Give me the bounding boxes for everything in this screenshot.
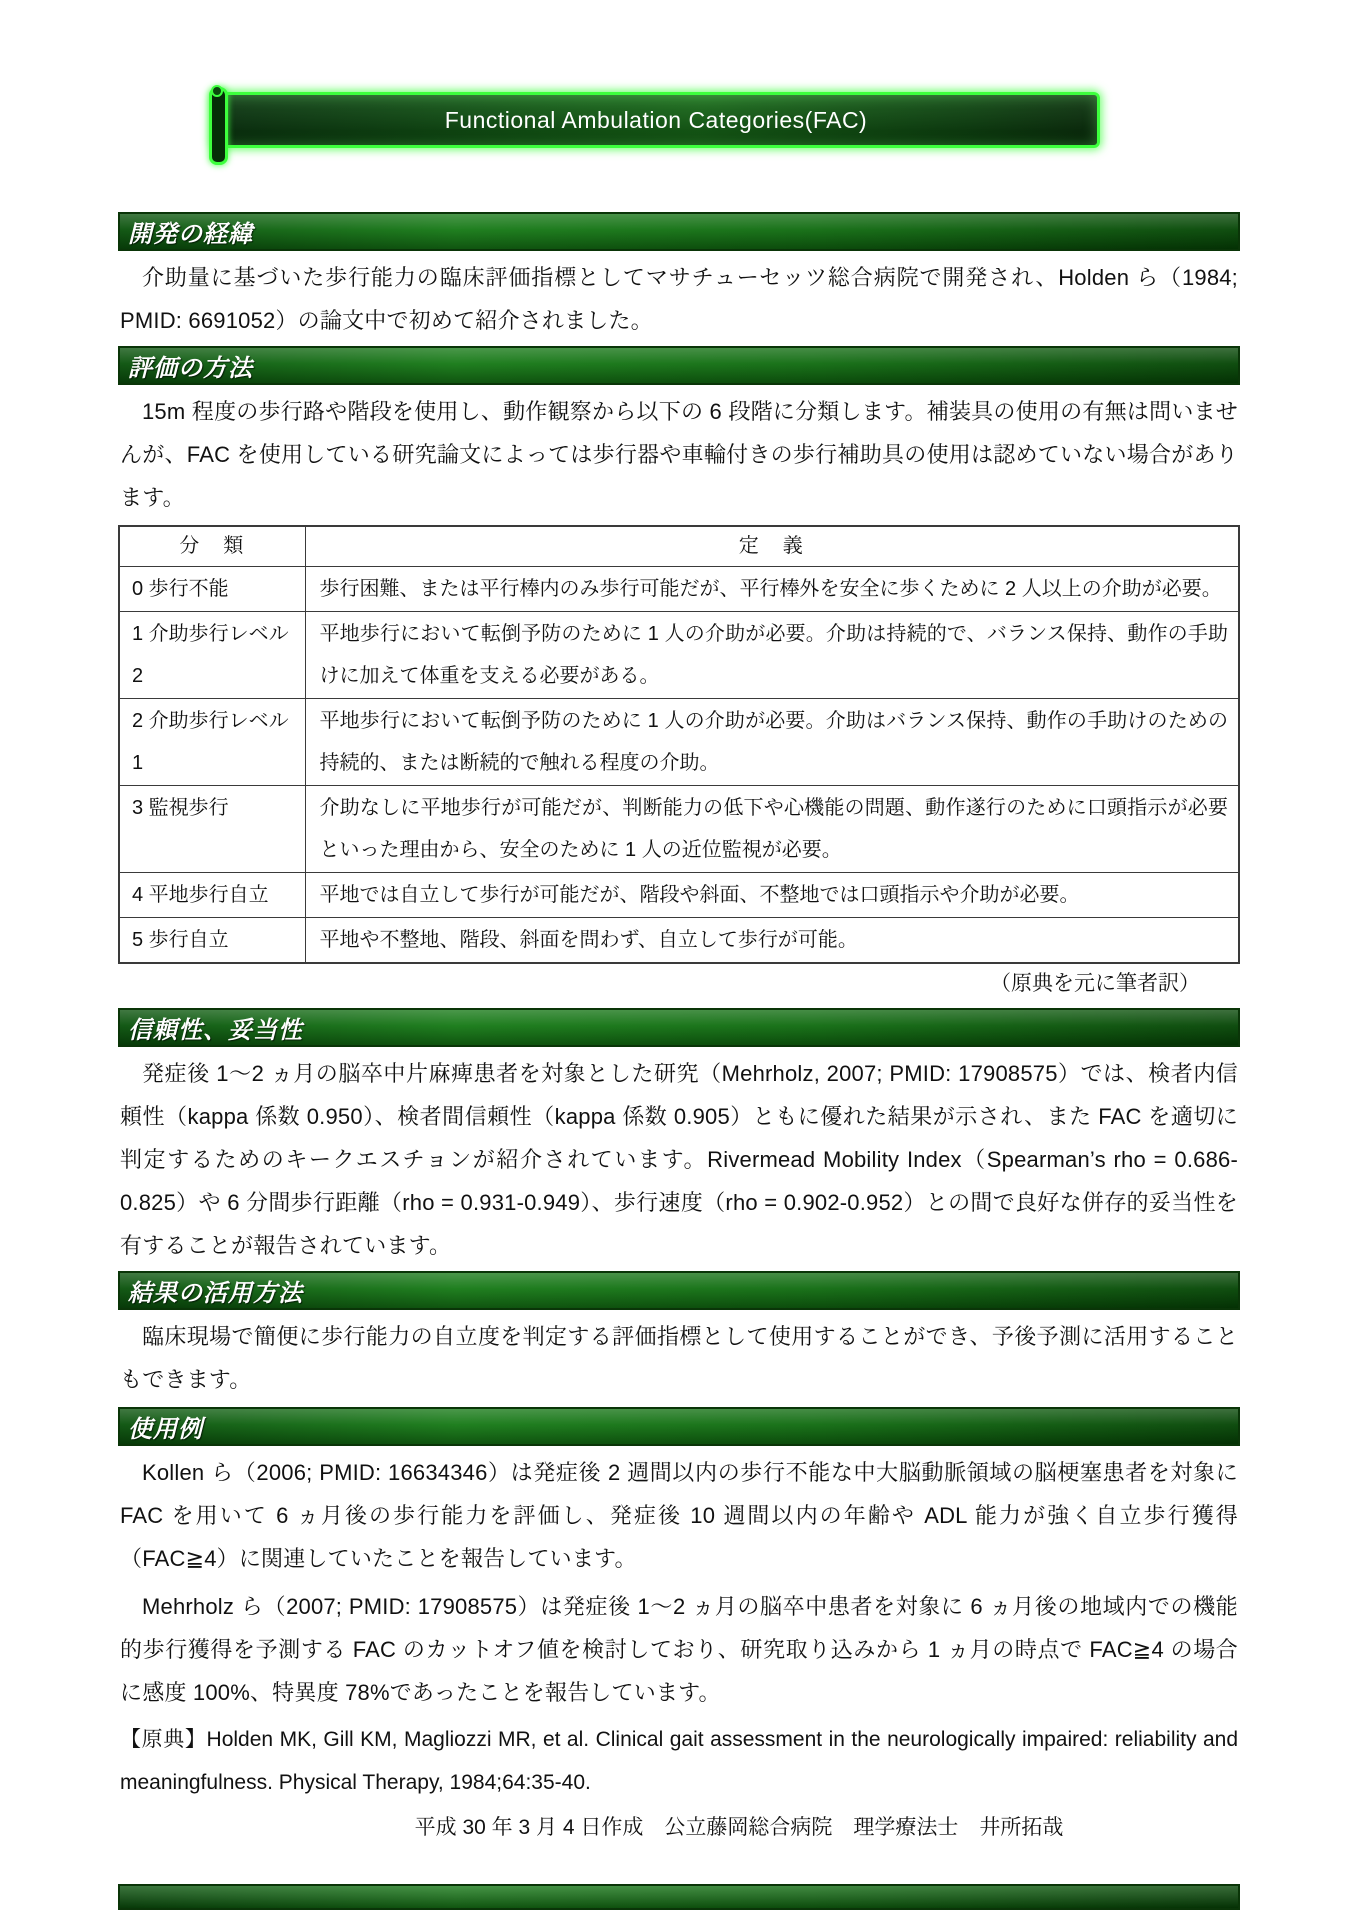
- table-row: 1 介助歩行レベル 2 平地歩行において転倒予防のために 1 人の介助が必要。介…: [119, 611, 1239, 698]
- section-heading-development: 開発の経緯: [118, 212, 1240, 251]
- title-banner: Functional Ambulation Categories(FAC): [212, 92, 1100, 148]
- table-row: 5 歩行自立 平地や不整地、階段、斜面を問わず、自立して歩行が可能。: [119, 917, 1239, 963]
- fac-classification-table: 分 類 定 義 0 歩行不能 歩行困難、または平行棒内のみ歩行可能だが、平行棒外…: [118, 525, 1240, 964]
- usage-example-paragraph-kollen: Kollen ら（2006; PMID: 16634346）は発症後 2 週間以…: [120, 1451, 1238, 1580]
- section-heading-label: 結果の活用方法: [128, 1273, 303, 1308]
- column-header-classification: 分 類: [119, 526, 305, 566]
- result-utilization-paragraph: 臨床現場で簡便に歩行能力の自立度を判定する評価指標として使用することができ、予後…: [120, 1315, 1238, 1401]
- category-cell: 1 介助歩行レベル 2: [119, 611, 305, 698]
- document-page: Functional Ambulation Categories(FAC) 開発…: [0, 0, 1358, 1920]
- definition-cell: 平地歩行において転倒予防のために 1 人の介助が必要。介助はバランス保持、動作の…: [305, 698, 1239, 785]
- footer-credit: 平成 30 年 3 月 4 日作成 公立藤岡総合病院 理学療法士 井所拓哉: [118, 1806, 1240, 1849]
- category-cell: 4 平地歩行自立: [119, 872, 305, 917]
- document-title: Functional Ambulation Categories(FAC): [445, 107, 867, 134]
- table-row: 4 平地歩行自立 平地では自立して歩行が可能だが、階段や斜面、不整地では口頭指示…: [119, 872, 1239, 917]
- usage-example-paragraph-mehrholz: Mehrholz ら（2007; PMID: 17908575）は発症後 1～2…: [120, 1585, 1238, 1714]
- bottom-divider-bar: [118, 1884, 1240, 1910]
- definition-cell: 平地では自立して歩行が可能だが、階段や斜面、不整地では口頭指示や介助が必要。: [305, 872, 1239, 917]
- section-heading-label: 使用例: [128, 1409, 203, 1444]
- section-heading-usage-examples: 使用例: [118, 1407, 1240, 1446]
- definition-cell: 介助なしに平地歩行が可能だが、判断能力の低下や心機能の問題、動作遂行のために口頭…: [305, 785, 1239, 872]
- category-cell: 3 監視歩行: [119, 785, 305, 872]
- section-heading-label: 信頼性、妥当性: [128, 1010, 303, 1045]
- table-header-row: 分 類 定 義: [119, 526, 1239, 566]
- definition-cell: 平地歩行において転倒予防のために 1 人の介助が必要。介助は持続的で、バランス保…: [305, 611, 1239, 698]
- development-paragraph: 介助量に基づいた歩行能力の臨床評価指標としてマサチューセッツ総合病院で開発され、…: [120, 256, 1238, 342]
- section-heading-evaluation-method: 評価の方法: [118, 346, 1240, 385]
- column-header-definition: 定 義: [305, 526, 1239, 566]
- section-heading-label: 開発の経緯: [128, 214, 253, 249]
- reliability-validity-paragraph: 発症後 1～2 ヵ月の脳卒中片麻痺患者を対象とした研究（Mehrholz, 20…: [120, 1052, 1238, 1267]
- category-cell: 5 歩行自立: [119, 917, 305, 963]
- document-content: Functional Ambulation Categories(FAC) 開発…: [118, 0, 1240, 1849]
- category-cell: 2 介助歩行レベル 1: [119, 698, 305, 785]
- section-heading-reliability-validity: 信頼性、妥当性: [118, 1008, 1240, 1047]
- category-cell: 0 歩行不能: [119, 566, 305, 611]
- table-row: 0 歩行不能 歩行困難、または平行棒内のみ歩行可能だが、平行棒外を安全に歩くため…: [119, 566, 1239, 611]
- section-heading-label: 評価の方法: [128, 348, 253, 383]
- evaluation-method-paragraph: 15m 程度の歩行路や階段を使用し、動作観察から以下の 6 段階に分類します。補…: [120, 390, 1238, 519]
- definition-cell: 平地や不整地、階段、斜面を問わず、自立して歩行が可能。: [305, 917, 1239, 963]
- table-row: 3 監視歩行 介助なしに平地歩行が可能だが、判断能力の低下や心機能の問題、動作遂…: [119, 785, 1239, 872]
- definition-cell: 歩行困難、または平行棒内のみ歩行可能だが、平行棒外を安全に歩くために 2 人以上…: [305, 566, 1239, 611]
- original-source-citation: 【原典】Holden MK, Gill KM, Magliozzi MR, et…: [120, 1718, 1238, 1804]
- section-heading-result-utilization: 結果の活用方法: [118, 1271, 1240, 1310]
- translation-note: （原典を元に筆者訳）: [118, 964, 1240, 1004]
- table-row: 2 介助歩行レベル 1 平地歩行において転倒予防のために 1 人の介助が必要。介…: [119, 698, 1239, 785]
